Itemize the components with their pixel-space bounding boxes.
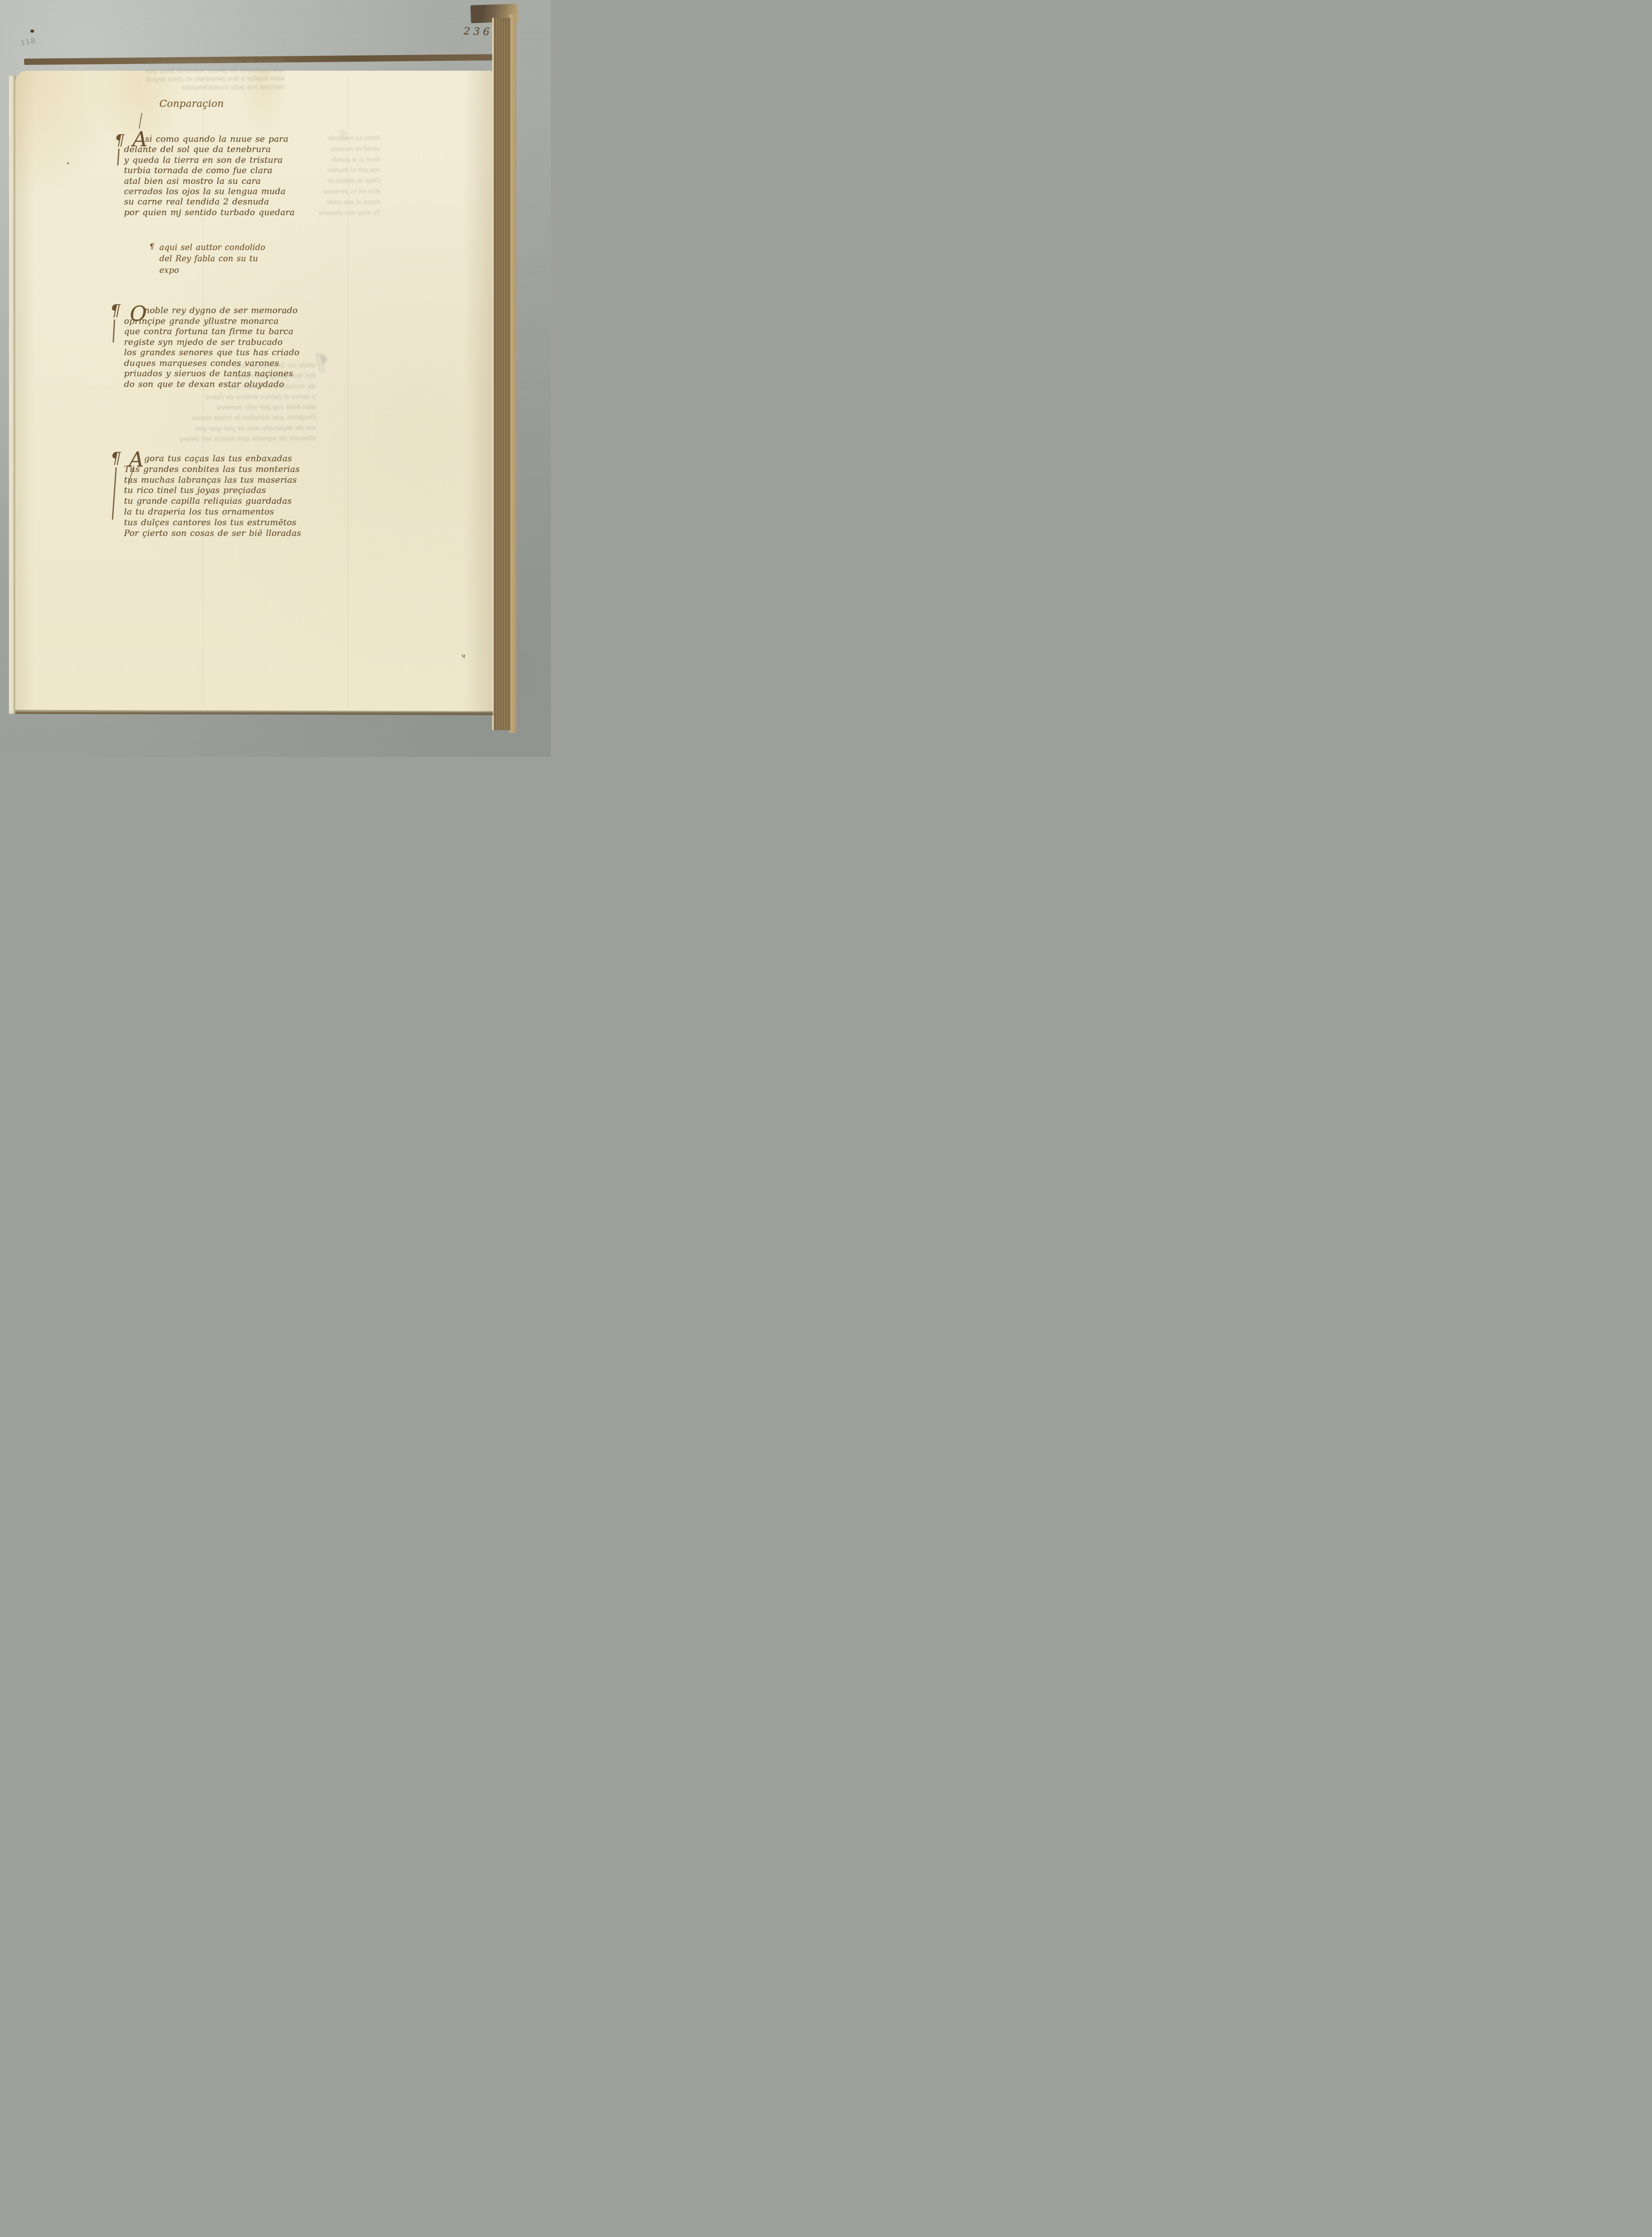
book-bottom-edge — [15, 710, 493, 715]
rubric-line: del Rey fabla con su tu — [159, 253, 265, 264]
quire-signature-mark: ч — [461, 653, 465, 660]
verse-line: tus dulçes cantores los tus estrumētos — [124, 518, 301, 528]
showthrough-line: Seria tu merçede — [318, 133, 380, 145]
showthrough-line: vas por el mundo — [319, 165, 380, 176]
verse-line: Por çierto son cosas de ser biē lloradas — [124, 528, 301, 539]
showthrough-line: merçed vos pido humildemente — [145, 83, 285, 93]
verse-line: su carne real tendida 2 desnuda — [124, 197, 295, 207]
rubric: aqui sel auttor condolido del Rey fabla … — [159, 242, 265, 276]
page-stack-fore-edge — [492, 18, 511, 730]
showthrough-line: Tu muy rico thesoro — [319, 208, 381, 219]
showthrough-pilcrow: ¶ — [315, 351, 329, 376]
pencil-folio-number: 118 — [20, 36, 36, 48]
showthrough-line: absente de aquello que nunca ver desea — [179, 433, 316, 444]
verse-line: tu rico tinel tus joyas preçiadas — [124, 485, 301, 496]
showthrough-text-right: Seria tu merçede venid tu mesura Sera la… — [318, 133, 380, 219]
showthrough-line: dize en tu persona — [319, 187, 380, 198]
rubric-line: aqui sel auttor condolido — [159, 242, 265, 253]
verse-line: oprinçipe grande yllustre monarca — [124, 316, 299, 327]
verse-line: Tus grandes conbites las tus monterias — [124, 464, 301, 475]
stanza: gora tus caças las tus enbaxadas Tus gra… — [124, 454, 301, 539]
chapter-heading: Conparaçion — [159, 98, 224, 110]
showthrough-line: venid tu mesura — [319, 144, 380, 155]
verse-line: tu grande capilla reliquias guardadas — [124, 496, 301, 507]
showthrough-line: son cuydados las penas nuestras dexa que — [145, 66, 285, 76]
stanza: si como quando la nuue se para delante d… — [124, 134, 295, 218]
manuscript-photograph: Obien ja del cabildo quien los culpados … — [0, 0, 551, 757]
verse-line: gora tus caças las tus enbaxadas — [124, 454, 301, 464]
paragraph-mark: ¶ — [111, 449, 121, 468]
stanza: noble rey dygno de ser memorado oprinçip… — [124, 306, 299, 390]
underlying-leaf-edge — [9, 75, 16, 714]
rubric-paragraph-mark: ¶ — [149, 242, 154, 251]
verse-line: priuados y sieruos de tantas naçiones — [124, 369, 299, 379]
ink-folio-number: 236 — [464, 26, 493, 38]
showthrough-line: Onçe tu fablas se — [319, 176, 380, 187]
verse-line: si como quando la nuue se para — [124, 134, 295, 145]
verse-line: atal bien asi mostro la su cara — [124, 176, 295, 187]
verse-line: turbia tornada de como fue clara — [124, 166, 295, 176]
verse-line: tus muchas labranças las tus maserias — [124, 475, 301, 486]
verse-line: cerrados los ojos la su lengua muda — [124, 187, 295, 197]
verse-line: registe syn mjedo de ser trabucado — [124, 337, 299, 348]
showthrough-line: y veras si fablan entero de fuera — [179, 391, 316, 403]
showthrough-line: razon al por onde — [319, 197, 380, 208]
verse-line: los grandes senores que tus has criado — [124, 348, 299, 358]
paragraph-mark: ¶ — [115, 132, 124, 149]
verse-line: y queda la tierra en son de tristura — [124, 155, 295, 166]
showthrough-line: atal bien asy por ella manera — [179, 402, 316, 413]
showthrough-line: Sera la si puede — [319, 154, 380, 166]
showthrough-line: me de separado non se por que son — [179, 423, 316, 434]
verse-line: duques marqueses condes varones — [124, 358, 299, 369]
showthrough-text-top: Obien ja del cabildo quien los culpados … — [145, 58, 285, 93]
paragraph-mark: ¶ — [110, 302, 120, 320]
ink-blot — [30, 30, 34, 33]
verse-line: que contra fortuna tan firme tu barca — [124, 327, 299, 337]
showthrough-line: Obien ja del cabildo quien los culpados … — [145, 58, 285, 67]
showthrough-line: bien hablar a bos pensando el alma segun — [145, 75, 285, 84]
ink-fleck — [67, 162, 69, 164]
verse-line: la tu draperia los tus ornamentos — [124, 507, 301, 518]
verse-line: delante del sol que da tenebrura — [124, 145, 295, 155]
showthrough-line: Despues que miradas la triste vision — [179, 412, 316, 423]
verse-line: do son que te dexan estar oluydado — [124, 379, 299, 390]
verse-line: noble rey dygno de ser memorado — [124, 306, 299, 316]
rubric-line: expo — [159, 265, 265, 276]
verse-line: por quien mj sentido turbado quedara — [124, 208, 295, 218]
